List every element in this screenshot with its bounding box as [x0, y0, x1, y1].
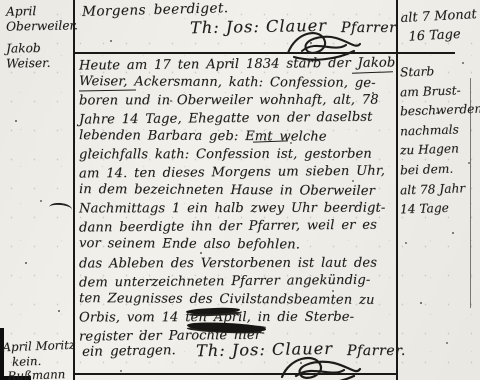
record-closing: ein getragen. — [82, 343, 176, 360]
age-annotation-line: alt 7 Monat — [400, 5, 477, 28]
record-text-line: ten Zeugnisses des Civilstandsbeamten zu — [79, 290, 393, 310]
pastor-signature: Th: Jos: Clauer — [196, 339, 333, 360]
column-divider-left — [73, 0, 75, 380]
margin-month: April — [6, 3, 72, 19]
side-annotation-line: beschwerden — [400, 100, 480, 122]
margin-place: Oberweiler. — [6, 18, 72, 34]
margin-next-entry-line: Rußmann — [7, 367, 73, 380]
record-text-line: dem unterzeichneten Pfarrer angekündig- — [79, 271, 393, 292]
margin-note-top: April Oberweiler. Jakob Weiser. — [6, 4, 72, 71]
pastor-signature-block: Th: Jos: Clauer Pfarrer — [190, 17, 405, 57]
pastor-signature: Th: Jos: Clauer — [190, 16, 327, 37]
pastor-signature-block: Th: Jos: Clauer Pfarrer. — [196, 340, 411, 380]
record-text-line: in dem bezeichneten Hause in Oberweiler — [79, 181, 393, 201]
side-annotation-line: zu Hagen — [400, 139, 480, 161]
record-text-line: boren und in Oberweiler wohnhaft, alt, 7… — [79, 92, 393, 111]
side-annotation-line: 14 Tage — [400, 198, 480, 220]
pastor-title: Pfarrer — [341, 20, 397, 36]
paper-speckles — [0, 0, 2, 2]
column-divider-right — [396, 0, 398, 380]
record-text-line: gleichfalls kath: Confession ist, gestor… — [79, 146, 393, 165]
scanned-register-page: April Oberweiler. Jakob Weiser. April Mo… — [0, 0, 480, 380]
pastor-title: Pfarrer. — [347, 343, 406, 359]
age-annotation-line: 16 Tage — [408, 24, 478, 47]
record-text-line: vor seinem Ende also befohlen. — [79, 236, 393, 256]
margin-note-bottom: April Moritz kein. Rußmann — [2, 338, 73, 380]
margin-next-entry-line: April Moritz — [2, 338, 72, 355]
record-text-line: lebenden Barbara geb: Emt welche — [79, 127, 393, 147]
margin-surname: Weiser. — [6, 55, 72, 71]
margin-forename: Jakob — [6, 40, 72, 56]
side-annotation-line: Starb — [400, 61, 480, 83]
side-annotation: Starb am Brust- beschwerden nachmals zu … — [400, 62, 480, 219]
pen-swash-mark — [48, 202, 72, 215]
side-annotation-line: bei dem. — [400, 159, 480, 181]
death-record-text: Heute am 17 ten April 1834 starb der Jak… — [79, 56, 393, 345]
record-text-line: das Ableben des Verstorbenen ist laut de… — [79, 254, 393, 273]
age-annotation: alt 7 Monat 16 Tage — [400, 5, 478, 47]
